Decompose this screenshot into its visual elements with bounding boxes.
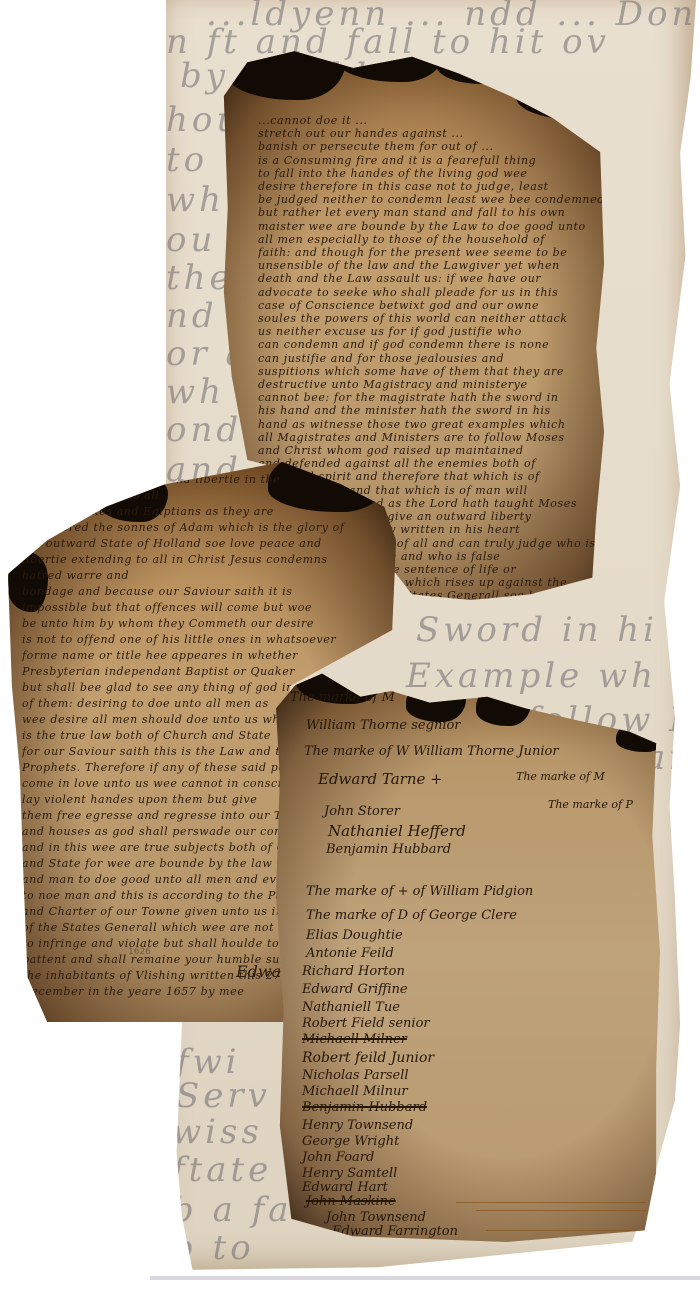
bg-line: wh	[166, 180, 225, 220]
manuscript-line: banish or persecute them for out of ...	[258, 140, 608, 153]
mount-edge	[150, 1276, 700, 1280]
manuscript-line: stretch out our handes against ...	[258, 127, 608, 140]
signature-line: William Thorne segnior	[306, 718, 461, 733]
manuscript-line: states extending to all	[22, 488, 400, 504]
bg-line: to	[166, 140, 208, 180]
bg-line: the	[166, 258, 234, 298]
signature-line: Henry Samtell	[302, 1166, 397, 1181]
manuscript-line: can justifie and for those jealousies an…	[258, 352, 608, 365]
manuscript-line: and defended against all the enemies bot…	[258, 457, 608, 470]
bg-line: b a fa	[172, 1190, 293, 1230]
signature-line: The marke of + of William Pidgion	[306, 884, 533, 899]
struck-signature-line: John Maskine	[306, 1194, 396, 1209]
signature-line: Richard Horton	[302, 964, 405, 979]
manuscript-line: be judged neither to condemn least wee b…	[258, 193, 608, 206]
manuscript-line: death and the Law assault us: if wee hav…	[258, 272, 608, 285]
manuscript-line: in Jews Turkes and Egiptians as they are	[22, 504, 400, 520]
manuscript-line: all men especially to those of the house…	[258, 233, 608, 246]
manuscript-line: is not to offend one of his little ones …	[22, 632, 400, 648]
bg-line: b to	[172, 1228, 255, 1268]
signature-manuscript-fragment: The marke of M William Thorne segnior Th…	[276, 662, 660, 1242]
manuscript-line: hatred warre and	[22, 568, 400, 584]
signature-line: Antonie Feild	[306, 946, 394, 961]
bg-line: Example wh	[406, 656, 657, 696]
signature-line: Edward Hart	[302, 1180, 388, 1195]
manuscript-line: to fall into the handes of the living go…	[258, 167, 608, 180]
signature-line: The marke of D of George Clere	[306, 908, 517, 923]
bg-line: wh	[166, 372, 225, 412]
manuscript-line: be unto him by whom they Commeth our des…	[22, 616, 400, 632]
ruled-line	[456, 1202, 646, 1203]
signature-line: John Storer	[324, 804, 400, 819]
signature-line: John Townsend	[326, 1210, 426, 1225]
signature-line: The marke of W William Thorne Junior	[304, 744, 559, 759]
archive-mark: 1626	[128, 947, 151, 957]
signature-line: Elias Doughtie	[306, 928, 403, 943]
manuscript-line: desire therefore in this case not to jud…	[258, 180, 608, 193]
manuscript-line: all Magistrates and Ministers are to fol…	[258, 431, 608, 444]
manuscript-line: impossible but that offences will come b…	[22, 600, 400, 616]
signature-line: The marke of P	[548, 798, 633, 811]
manuscript-line: bondage and because our Saviour saith it…	[22, 584, 400, 600]
manuscript-line: case of Conscience betwixt god and our o…	[258, 299, 608, 312]
struck-signature-line: Benjamin Hubbard	[302, 1100, 427, 1115]
bg-line: wiss	[172, 1112, 263, 1152]
signature-line: The marke of M	[516, 770, 605, 783]
bg-line: ftate	[172, 1150, 272, 1190]
manuscript-line: destructive unto Magistracy and minister…	[258, 378, 608, 391]
signature-line: Michaell Milnur	[302, 1084, 408, 1099]
bg-line: Serv	[176, 1076, 271, 1116]
manuscript-line: us neither excuse us for if god justifie…	[258, 325, 608, 338]
manuscript-line: his hand and the minister hath the sword…	[258, 404, 608, 417]
manuscript-line: hand as witnesse those two great example…	[258, 418, 608, 431]
manuscript-line: suspitions which some have of them that …	[258, 365, 608, 378]
manuscript-line: the outward State of Holland soe love pe…	[22, 536, 400, 552]
manuscript-line: and Christ whom god raised up maintained	[258, 444, 608, 457]
signature-line: Edward Griffine	[302, 982, 408, 997]
signature-line: Robert Field senior	[302, 1016, 430, 1031]
signature-line: John Foard	[302, 1150, 374, 1165]
manuscript-line: but rather let every man stand and fall …	[258, 206, 608, 219]
manuscript-line: is a Consuming fire and it is a feareful…	[258, 154, 608, 167]
signature-line: Nathaniell Tue	[302, 1000, 400, 1015]
bg-line: ond	[166, 410, 242, 450]
signature-line: Benjamin Hubbard	[326, 842, 451, 857]
bg-line: ou	[166, 220, 216, 260]
manuscript-line: can condemn and if god condemn there is …	[258, 338, 608, 351]
bg-line: nd	[166, 296, 218, 336]
manuscript-line: maister wee are bounde by the Law to doe…	[258, 220, 608, 233]
manuscript-line: unsensible of the law and the Lawgiver y…	[258, 259, 608, 272]
signature-line: Nathaniel Hefferd	[328, 822, 466, 840]
signature-line: Henry Townsend	[302, 1118, 413, 1133]
manuscript-line: advocate to seeke who shall pleade for u…	[258, 286, 608, 299]
struck-signature-line: Michaell Milner	[302, 1032, 407, 1047]
manuscript-line: libertie extending to all in Christ Jesu…	[22, 552, 400, 568]
manuscript-line: faith: and though for the present wee se…	[258, 246, 608, 259]
manuscript-line: considered the sonnes of Adam which is t…	[22, 520, 400, 536]
bg-line: Sword in hi	[416, 610, 658, 650]
signature-line: Robert feild Junior	[302, 1050, 434, 1066]
manuscript-line: cannot bee: for the magistrate hath the …	[258, 391, 608, 404]
signature-line: George Wright	[302, 1134, 399, 1149]
signature-line: Nicholas Parsell	[302, 1068, 409, 1083]
ruled-line	[476, 1210, 646, 1211]
ruled-line	[486, 1230, 636, 1231]
manuscript-line: soules the powers of this world can neit…	[258, 312, 608, 325]
signature-line: Edward Tarne +	[318, 770, 443, 788]
